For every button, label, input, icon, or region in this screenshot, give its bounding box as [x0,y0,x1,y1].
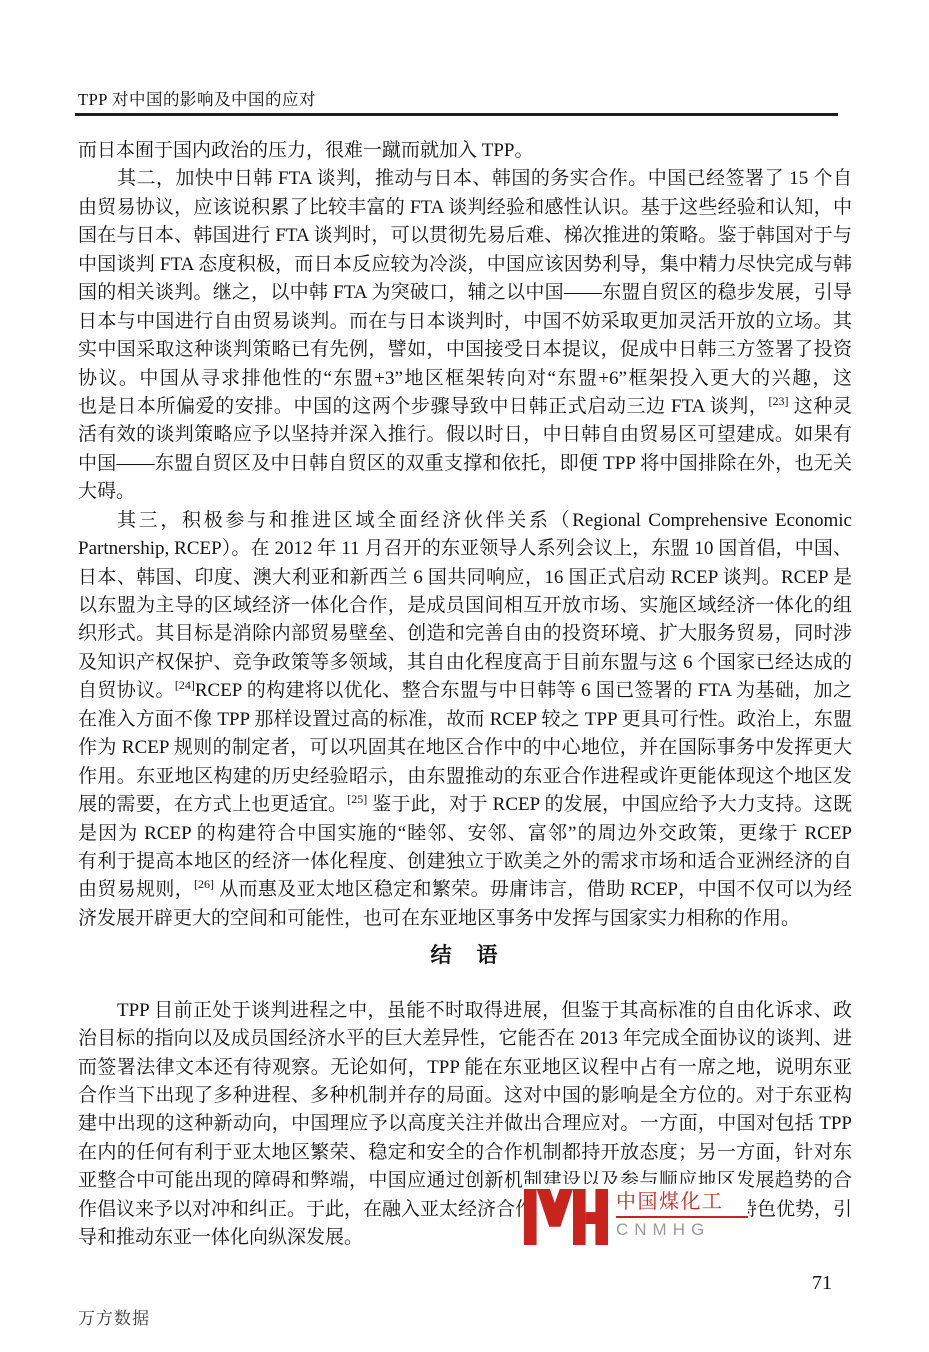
text-segment: 特色优势，引 [738,1196,852,1224]
text-segment: 中国——东盟自贸区及中日韩自贸区的双重支撑和依托，即便 TPP 将中国排除在外，… [78,453,852,474]
text-line: 实中国采取这种谈判策略已有先例，譬如，中国接受日本提议，促成中日韩三方签署了投资 [78,336,852,364]
text-line: 其三，积极参与和推进区域全面经济伙伴关系（Regional Comprehens… [78,507,852,535]
text-segment: 实中国采取这种谈判策略已有先例，譬如，中国接受日本提议，促成中日韩三方签署了投资 [78,339,852,360]
text-line: 也是日本所偏爱的安排。中国的这两个步骤导致中日韩正式启动三边 FTA 谈判，[2… [78,393,852,421]
footnote-reference: [24] [175,678,195,692]
text-line: 而签署法律文本还有待观察。无论如何，TPP 能在东亚地区议程中占有一席之地，说明… [78,1054,852,1082]
footnote-reference: [25] [347,792,367,806]
text-segment: 有利于提高本地区的经济一体化程度、创建独立于欧美之外的需求市场和适合亚洲经济的自 [78,851,852,872]
text-line: 活有效的谈判策略应予以坚持并深入推行。假以时日，中日韩自由贸易区可望建成。如果有 [78,421,852,449]
text-line: 济发展开辟更大的空间和可能性，也可在东亚地区事务中发挥与国家实力相称的作用。 [78,905,852,933]
text-line: 织形式。其目标是消除内部贸易壁垒、创造和完善自由的投资环境、扩大服务贸易，同时涉 [78,620,852,648]
text-line: 建中出现的这种新动向，中国理应予以高度关注并做出合理应对。一方面，中国对包括 T… [78,1110,852,1138]
text-segment: 建中出现的这种新动向，中国理应予以高度关注并做出合理应对。一方面，中国对包括 T… [78,1113,852,1134]
text-line: 中国谈判 FTA 态度积极，而日本反应较为冷淡，中国应该因势利导，集中精力尽快完… [78,251,852,279]
text-line: Partnership, RCEP）。在 2012 年 11 月召开的东亚领导人… [78,535,852,563]
text-segment: 国的相关谈判。继之，以中韩 FTA 为突破口，辅之以中国——东盟自贸区的稳步发展… [78,282,852,303]
text-line: TPP 目前正处于谈判进程之中，虽能不时取得进展，但鉴于其高标准的自由化诉求、政 [78,997,852,1025]
text-segment: 大碍。 [78,481,135,502]
text-segment: 日本、韩国、印度、澳大利亚和新西兰 6 国共同响应，16 国正式启动 RCEP … [78,567,852,588]
text-line: 国的相关谈判。继之，以中韩 FTA 为突破口，辅之以中国——东盟自贸区的稳步发展… [78,279,852,307]
text-segment: 协议。中国从寻求排他性的“东盟+3”地区框架转向对“东盟+6”框架投入更大的兴趣… [78,368,852,389]
text-line: 中国——东盟自贸区及中日韩自贸区的双重支撑和依托，即便 TPP 将中国排除在外，… [78,450,852,478]
text-line: 在内的任何有利于亚太地区繁荣、稳定和安全的合作机制都持开放态度；另一方面，针对东 [78,1139,852,1167]
running-header-title: TPP 对中国的影响及中国的应对 [78,86,316,110]
section-heading: 结 语 [78,941,852,969]
text-segment: 国在与日本、韩国进行 FTA 谈判时，可以贯彻先易后难、梯次推进的策略。鉴于韩国… [78,225,852,246]
text-segment: 日本与中国进行自由贸易谈判。而在与日本谈判时，中国不妨采取更加灵活开放的立场。其 [78,311,852,332]
text-segment: 活有效的谈判策略应予以坚持并深入推行。假以时日，中日韩自由贸易区可望建成。如果有 [78,424,852,445]
footer-brand: 万方数据 [78,1304,150,1329]
text-segment: 结 语 [431,943,500,967]
text-segment: 鉴于此，对于 RCEP 的发展，中国应给予大力支持。这既 [367,794,852,815]
text-segment: 由贸易规则， [78,879,194,900]
text-line: 展的需要，在方式上也更适宜。[25] 鉴于此，对于 RCEP 的发展，中国应给予… [78,791,852,819]
text-segment: 在内的任何有利于亚太地区繁荣、稳定和安全的合作机制都持开放态度；另一方面，针对东 [78,1142,852,1163]
text-segment: 治目标的指向以及成员国经济水平的巨大差异性，它能否在 2013 年完成全面协议的… [78,1028,852,1049]
text-line: 是因为 RCEP 的构建符合中国实施的“睦邻、安邻、富邻”的周边外交政策，更缘于… [78,820,852,848]
text-segment: 其三，积极参与和推进区域全面经济伙伴关系（Regional Comprehens… [117,510,852,531]
text-segment: 合作当下出现了多种进程、多种机制并存的局面。这对中国的影响是全方位的。对于东亚构 [78,1085,852,1106]
watermark-text-column: 中国煤化工 CNMHG [616,1184,748,1240]
text-segment: 在准入方面不像 TPP 那样设置过高的标准，故而 RCEP 较之 TPP 更具可… [78,709,852,730]
text-segment: 由贸易协议，应该说积累了比较丰富的 FTA 谈判经验和感性认识。基于这些经验和认… [78,197,852,218]
text-segment: 展的需要，在方式上也更适宜。 [78,794,347,815]
text-segment: 导和推动东亚一体化向纵深发展。 [78,1227,363,1248]
watermark-title: 中国煤化工 [616,1185,748,1214]
text-segment: 及知识产权保护、竞争政策等多领域，其自由化程度高于目前东盟与这 6 个国家已经达… [78,652,852,673]
text-segment: 其二，加快中日韩 FTA 谈判，推动与日本、韩国的务实合作。中国已经签署了 15… [117,168,852,189]
text-line: 作用。东亚地区构建的历史经验昭示，由东盟推动的东亚合作进程或许更能体现这个地区发 [78,763,852,791]
text-line: 自贸协议。[24]RCEP 的构建将以优化、整合东盟与中日韩等 6 国已签署的 … [78,677,852,705]
text-line: 协议。中国从寻求排他性的“东盟+3”地区框架转向对“东盟+6”框架投入更大的兴趣… [78,365,852,393]
text-segment: 是因为 RCEP 的构建符合中国实施的“睦邻、安邻、富邻”的周边外交政策，更缘于… [78,823,852,844]
text-line: 国在与日本、韩国进行 FTA 谈判时，可以贯彻先易后难、梯次推进的策略。鉴于韩国… [78,222,852,250]
text-segment: 作用。东亚地区构建的历史经验昭示，由东盟推动的东亚合作进程或许更能体现这个地区发 [78,766,852,787]
cnmhg-logo-icon [524,1186,608,1248]
header-rule [75,113,838,116]
footnote-reference: [26] [194,877,214,891]
text-line: 其二，加快中日韩 FTA 谈判，推动与日本、韩国的务实合作。中国已经签署了 15… [78,165,852,193]
text-segment: 作为 RCEP 规则的制定者，可以巩固其在地区合作中的中心地位，并在国际事务中发… [78,737,852,758]
text-line: 有利于提高本地区的经济一体化程度、创建独立于欧美之外的需求市场和适合亚洲经济的自 [78,848,852,876]
text-segment: 中国谈判 FTA 态度积极，而日本反应较为冷淡，中国应该因势利导，集中精力尽快完… [78,254,852,275]
text-segment: 自贸协议。 [78,680,175,701]
page-number: 71 [812,1272,832,1295]
footnote-reference: [23] [768,394,788,408]
text-line: 而日本囿于国内政治的压力，很难一蹴而就加入 TPP。 [78,137,852,165]
text-line: 治目标的指向以及成员国经济水平的巨大差异性，它能否在 2013 年完成全面协议的… [78,1025,852,1053]
text-segment: 而日本囿于国内政治的压力，很难一蹴而就加入 TPP。 [78,140,534,161]
watermark-subtitle: CNMHG [616,1220,748,1240]
text-segment: RCEP 的构建将以优化、整合东盟与中日韩等 6 国已签署的 FTA 为基础，加… [195,680,852,701]
text-line: 在准入方面不像 TPP 那样设置过高的标准，故而 RCEP 较之 TPP 更具可… [78,706,852,734]
text-line: 合作当下出现了多种进程、多种机制并存的局面。这对中国的影响是全方位的。对于东亚构 [78,1082,852,1110]
text-line: 以东盟为主导的区域经济一体化合作，是成员国间相互开放市场、实施区域经济一体化的组 [78,592,852,620]
text-segment: Partnership, RCEP）。在 2012 年 11 月召开的东亚领导人… [78,538,852,559]
watermark-divider [616,1216,748,1218]
text-segment: 也是日本所偏爱的安排。中国的这两个步骤导致中日韩正式启动三边 FTA 谈判， [78,396,768,417]
text-segment: 作倡议来予以对冲和纠正。于此，在融入亚太经济合作 [78,1196,534,1224]
text-line: 由贸易规则，[26] 从而惠及亚太地区稳定和繁荣。毋庸讳言，借助 RCEP，中国… [78,876,852,904]
text-segment: 以东盟为主导的区域经济一体化合作，是成员国间相互开放市场、实施区域经济一体化的组 [78,595,852,616]
text-segment: 织形式。其目标是消除内部贸易壁垒、创造和完善自由的投资环境、扩大服务贸易，同时涉 [78,623,852,644]
paper-page: TPP 对中国的影响及中国的应对 而日本囿于国内政治的压力，很难一蹴而就加入 T… [0,0,929,1352]
text-line: 大碍。 [78,478,852,506]
text-line: 及知识产权保护、竞争政策等多领域，其自由化程度高于目前东盟与这 6 个国家已经达… [78,649,852,677]
text-line: 作为 RCEP 规则的制定者，可以巩固其在地区合作中的中心地位，并在国际事务中发… [78,734,852,762]
text-segment: 这种灵 [788,396,852,417]
text-line: 日本、韩国、印度、澳大利亚和新西兰 6 国共同响应，16 国正式启动 RCEP … [78,564,852,592]
text-segment: 济发展开辟更大的空间和可能性，也可在东亚地区事务中发挥与国家实力相称的作用。 [78,908,800,929]
text-line: 日本与中国进行自由贸易谈判。而在与日本谈判时，中国不妨采取更加灵活开放的立场。其 [78,308,852,336]
text-segment: 而签署法律文本还有待观察。无论如何，TPP 能在东亚地区议程中占有一席之地，说明… [78,1057,852,1078]
text-line: 由贸易协议，应该说积累了比较丰富的 FTA 谈判经验和感性认识。基于这些经验和认… [78,194,852,222]
text-segment: TPP 目前正处于谈判进程之中，虽能不时取得进展，但鉴于其高标准的自由化诉求、政 [117,1000,852,1021]
body-text: 而日本囿于国内政治的压力，很难一蹴而就加入 TPP。其二，加快中日韩 FTA 谈… [78,137,852,1253]
text-segment: 从而惠及亚太地区稳定和繁荣。毋庸讳言，借助 RCEP，中国不仅可以为经 [214,879,852,900]
watermark: 中国煤化工 CNMHG [524,1184,748,1250]
